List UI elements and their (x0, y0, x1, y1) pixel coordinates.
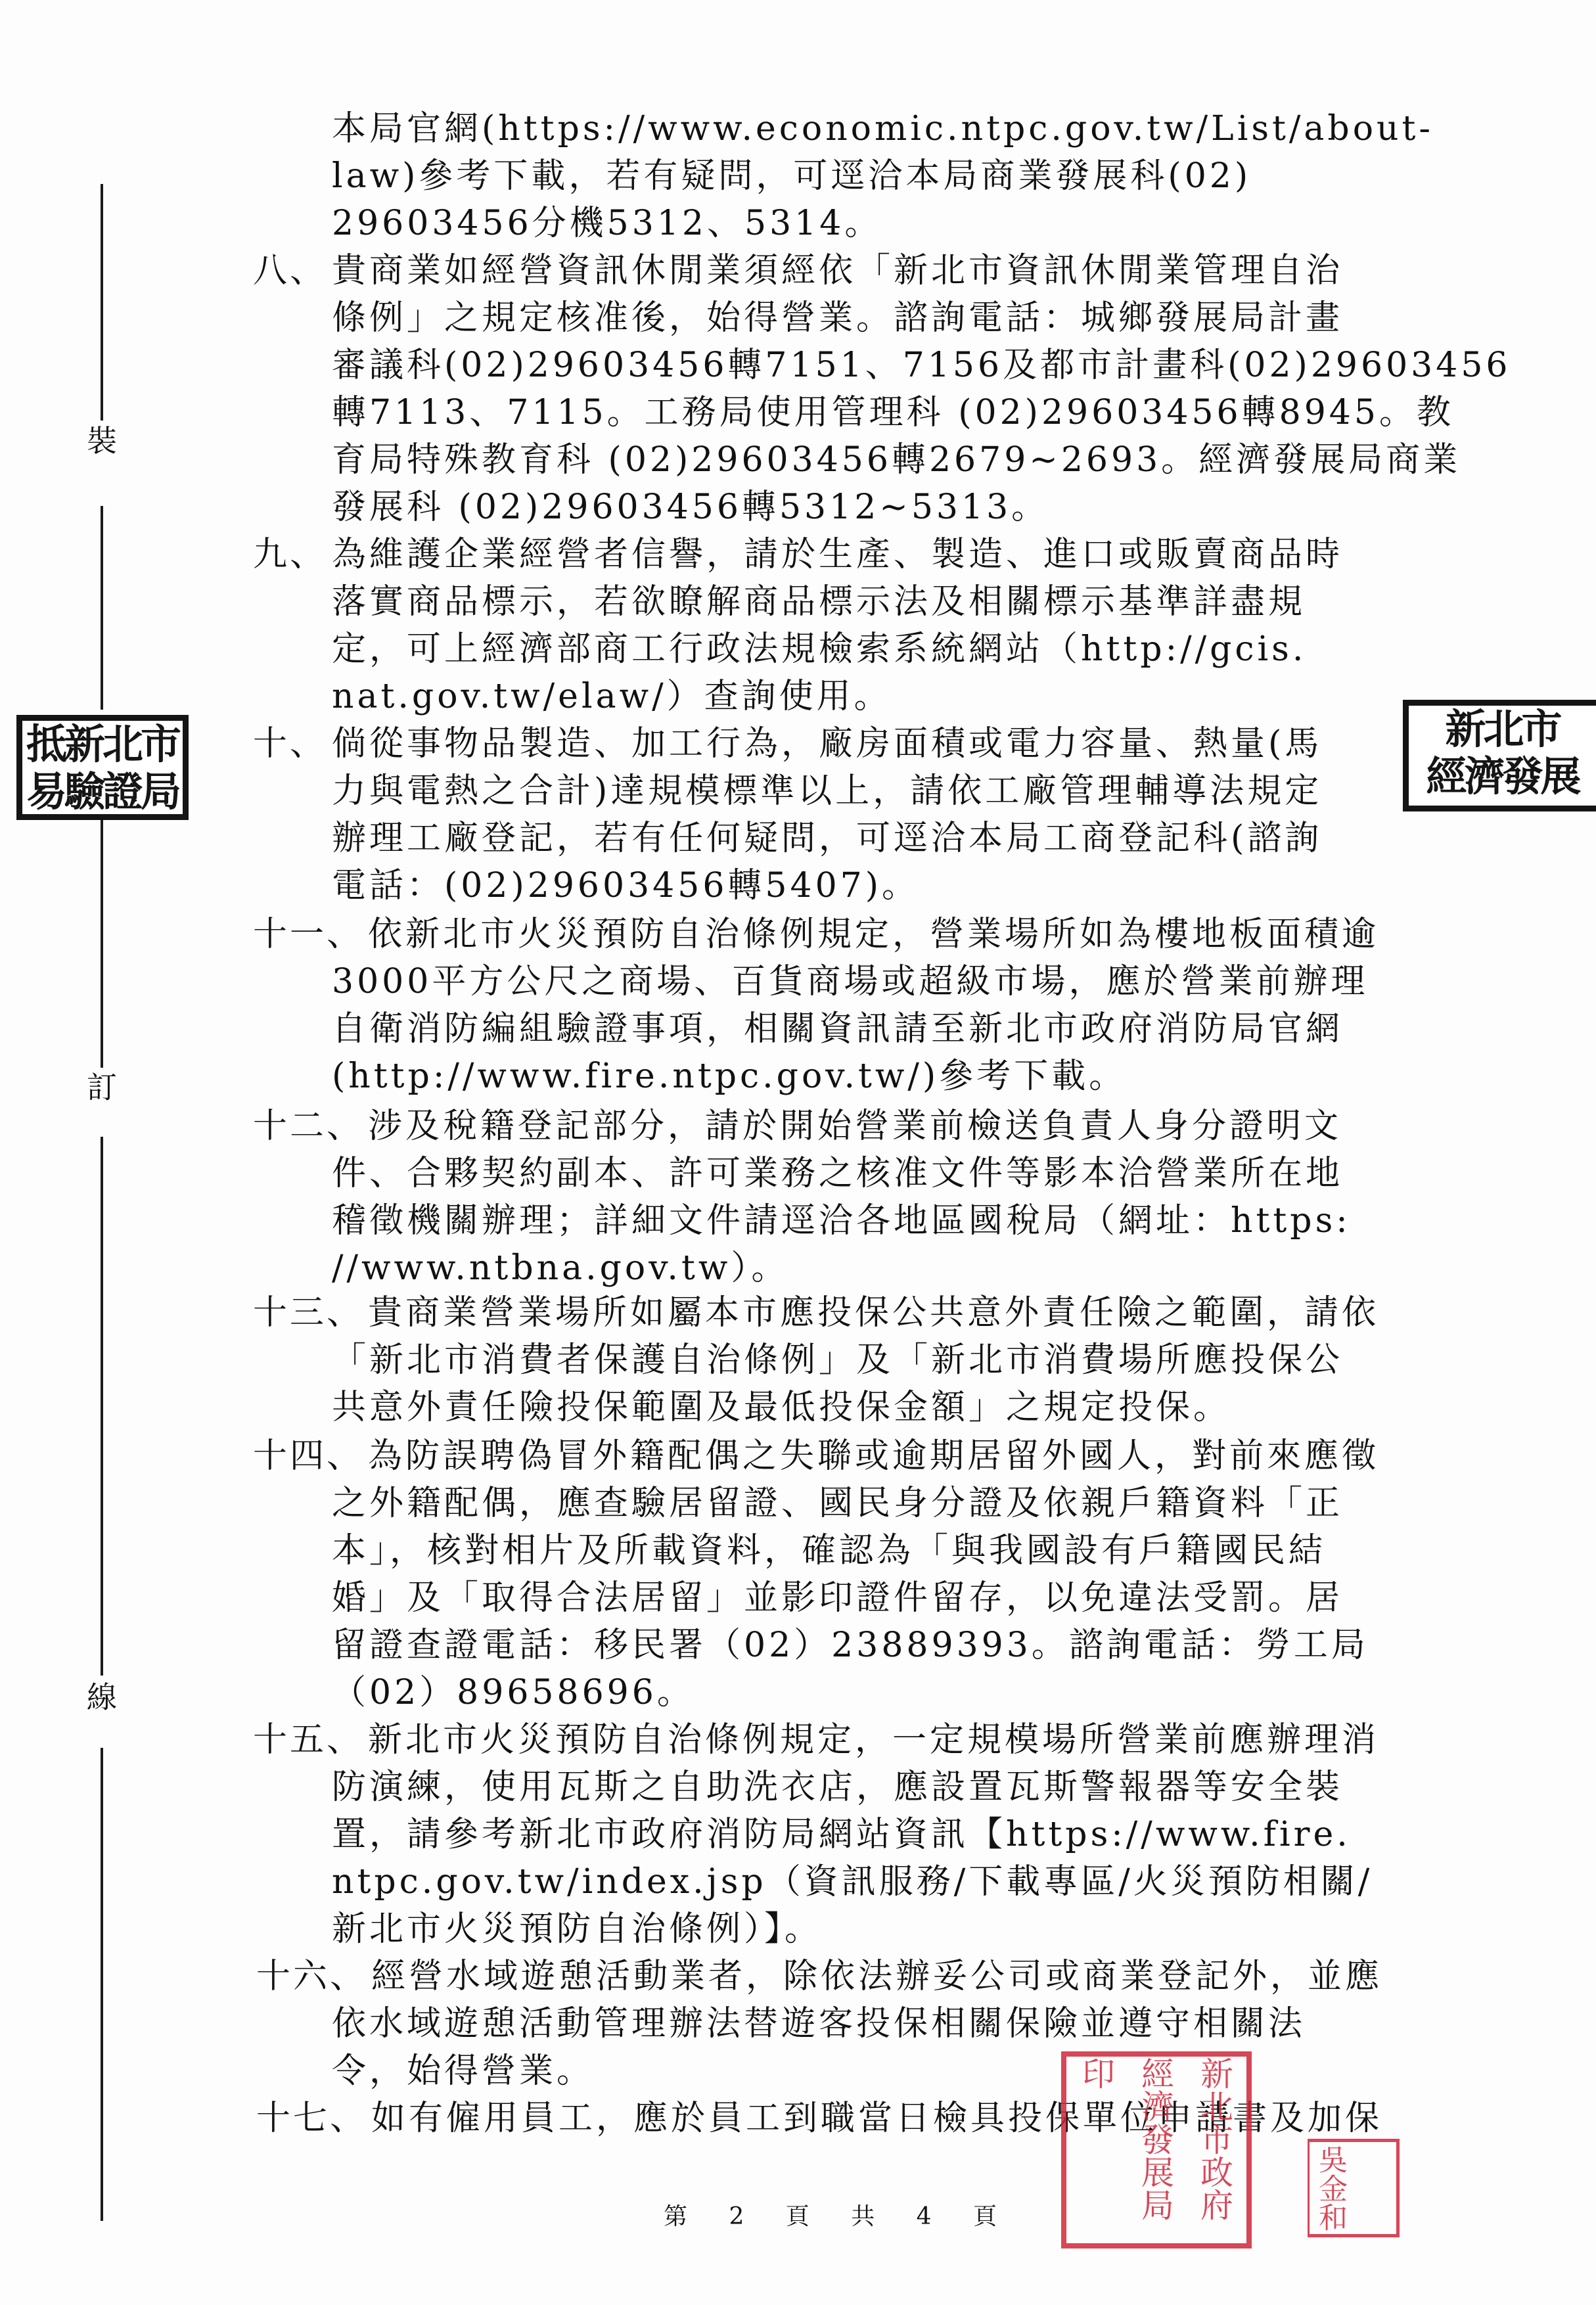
binding-label-staple: 訂 (85, 1072, 118, 1103)
item-line: 為維護企業經營者信譽，請於生產、製造、進口或販賣商品時 (332, 531, 1343, 578)
agency-official-stamp: 新北市政府經濟發展局印 (1061, 2051, 1252, 2248)
binding-label-bind: 裝 (85, 426, 118, 456)
item-line: 經營水域遊憩活動業者，除依法辦妥公司或商業登記外，並應 (371, 1953, 1382, 2000)
item-line: 本局官網(https://www.economic.ntpc.gov.tw/Li… (332, 105, 1434, 152)
item-marker: 十一、 (253, 911, 363, 958)
personal-stamp-text: 吳金和 (1310, 2142, 1350, 2234)
item-line: (http://www.fire.ntpc.gov.tw/)參考下載。 (332, 1053, 1126, 1100)
binding-label-line: 線 (85, 1682, 118, 1712)
item-line: 定，可上經濟部商工行政法規檢索系統網站（http://gcis. (332, 626, 1306, 673)
item-line: 置，請參考新北市政府消防局網站資訊【https://www.fire. (332, 1811, 1351, 1858)
item-line: 辦理工廠登記，若有任何疑問，可逕洽本局工商登記科(諮詢 (332, 815, 1322, 862)
item-line: 令，始得營業。 (332, 2047, 594, 2095)
item-line: 落實商品標示，若欲瞭解商品標示法及相關標示基準詳盡規 (332, 578, 1306, 626)
item-line: 自衛消防編組驗證事項，相關資訊請至新北市政府消防局官網 (332, 1005, 1343, 1053)
item-line: 倘從事物品製造、加工行為，廠房面積或電力容量、熱量(馬 (332, 720, 1322, 767)
item-line: 稽徵機關辦理；詳細文件請逕洽各地區國稅局（網址：https: (332, 1197, 1351, 1244)
item-line: 育局特殊教育科 (02)29603456轉2679~2693。經濟發展局商業 (332, 436, 1461, 484)
binding-line-bottom (101, 1748, 103, 2221)
item-line: ntpc.gov.tw/index.jsp（資訊服務/下載專區/火災預防相關/ (332, 1858, 1373, 1906)
item-line: 共意外責任險投保範圍及最低投保金額」之規定投保。 (332, 1384, 1231, 1431)
item-line: 為防誤聘偽冒外籍配偶之失聯或逾期居留外國人，對前來應徵 (368, 1432, 1379, 1480)
binding-line-lower-middle (101, 1137, 103, 1676)
seal-right-row-1: 新北市 (1409, 706, 1596, 753)
item-line: （02）89658696。 (332, 1669, 695, 1716)
item-marker: 十三、 (253, 1289, 363, 1336)
agency-stamp-text: 新北市政府經濟發展局印 (1066, 2057, 1244, 2243)
seal-left-row-2: 易驗證局 (22, 768, 183, 815)
perforation-seal-right: 新北市 經濟發展 (1403, 700, 1596, 811)
item-line: 之外籍配偶，應查驗居留證、國民身分證及依親戶籍資料「正 (332, 1480, 1343, 1527)
item-marker: 九、 (253, 531, 327, 578)
item-line: //www.ntbna.gov.tw）。 (332, 1244, 788, 1292)
item-line: 件、合夥契約副本、許可業務之核准文件等影本洽營業所在地 (332, 1150, 1343, 1197)
item-line: nat.gov.tw/elaw/）查詢使用。 (332, 673, 892, 720)
page-number: 第 2 頁 共 4 頁 (664, 2198, 1014, 2231)
item-line: 轉7113、7115。工務局使用管理科 (02)29603456轉8945。教 (332, 389, 1454, 436)
item-line: 「新北市消費者保護自治條例」及「新北市消費場所應投保公 (332, 1336, 1343, 1384)
item-line: 涉及稅籍登記部分，請於開始營業前檢送負責人身分證明文 (368, 1103, 1342, 1150)
item-line: law)參考下載，若有疑問，可逕洽本局商業發展科(02) (332, 152, 1251, 200)
item-line: 留證查證電話：移民署（02）23889393。諮詢電話：勞工局 (332, 1622, 1369, 1669)
item-line: 條例」之規定核准後，始得營業。諮詢電話：城鄉發展局計畫 (332, 294, 1343, 342)
item-line: 3000平方公尺之商場、百貨商場或超級市場，應於營業前辦理 (332, 958, 1368, 1005)
item-line: 依新北市火災預防自治條例規定，營業場所如為樓地板面積逾 (368, 911, 1379, 958)
item-line: 貴商業如經營資訊休閒業須經依「新北市資訊休閒業管理自治 (332, 247, 1343, 294)
item-line: 婚」及「取得合法居留」並影印證件留存，以免違法受罰。居 (332, 1574, 1343, 1622)
personal-seal-stamp: 吳金和 (1308, 2139, 1400, 2237)
item-line: 本」，核對相片及所載資料，確認為「與我國設有戶籍國民結 (332, 1527, 1326, 1574)
binding-line-middle (101, 818, 103, 1068)
item-line: 防演練，使用瓦斯之自助洗衣店，應設置瓦斯警報器等安全裝 (332, 1764, 1343, 1811)
item-line: 依水域遊憩活動管理辦法替遊客投保相關保險並遵守相關法 (332, 2000, 1306, 2047)
item-line: 29603456分機5312、5314。 (332, 200, 882, 247)
item-line: 新北市火災預防自治條例）】。 (332, 1906, 822, 1953)
seal-left-row-1: 抵新北市 (22, 721, 183, 768)
item-marker: 八、 (253, 247, 327, 294)
item-line: 發展科 (02)29603456轉5312~5313。 (332, 484, 1049, 531)
item-marker: 十七、 (256, 2095, 367, 2142)
seal-right-row-2: 經濟發展 (1409, 753, 1596, 800)
item-line: 新北市火災預防自治條例規定，一定規模場所營業前應辦理消 (368, 1716, 1379, 1764)
item-marker: 十六、 (256, 1953, 367, 2000)
perforation-seal-left: 抵新北市 易驗證局 (16, 715, 189, 820)
item-marker: 十、 (253, 720, 327, 767)
item-marker: 十五、 (253, 1716, 363, 1764)
item-marker: 十四、 (253, 1432, 363, 1480)
item-line: 貴商業營業場所如屬本市應投保公共意外責任險之範圍，請依 (368, 1289, 1379, 1336)
item-line: 電話：(02)29603456轉5407)。 (332, 862, 919, 909)
binding-line-top (101, 184, 103, 421)
item-line: 力與電熱之合計)達規模標準以上，請依工廠管理輔導法規定 (332, 767, 1322, 815)
binding-line-upper-middle (101, 506, 103, 710)
item-line: 審議科(02)29603456轉7151、7156及都市計畫科(02)29603… (332, 342, 1511, 389)
item-marker: 十二、 (253, 1103, 363, 1150)
